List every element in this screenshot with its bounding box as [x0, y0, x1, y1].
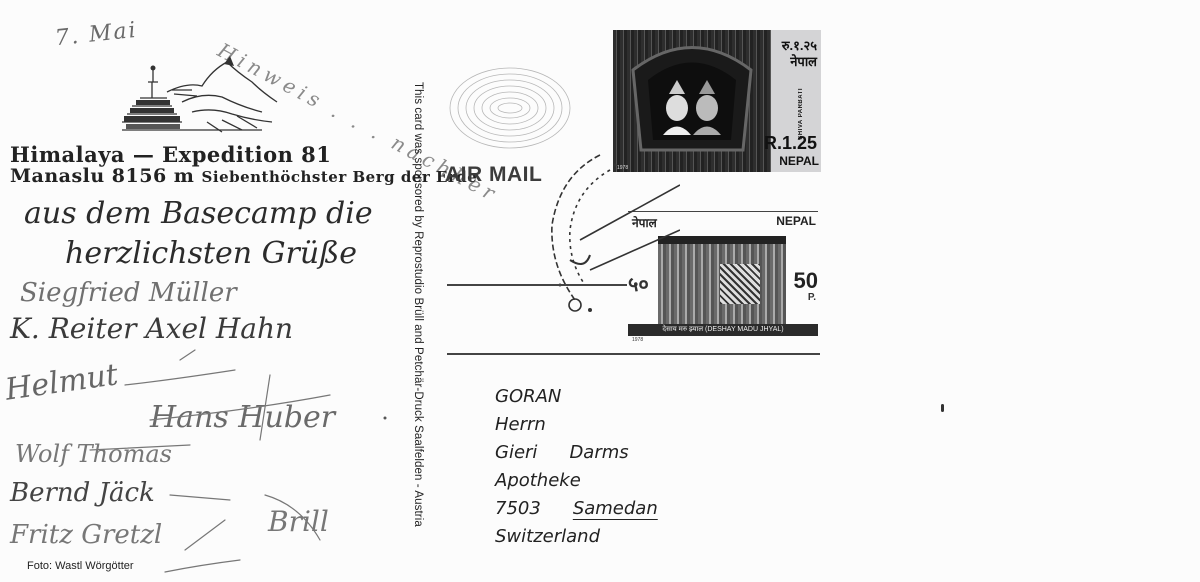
- stamp-artwork: [613, 30, 771, 172]
- signature: K. Reiter Axel Hahn: [10, 312, 293, 345]
- mountain-heading: Manaslu 8156 m Siebenthöchster Berg der …: [10, 165, 477, 187]
- stamp-shiva-parbati: रु.१.२५ नेपाल SHIVA PARBATI R.1.25 NEPAL…: [613, 30, 821, 172]
- photo-credit: Foto: Wastl Wörgötter: [27, 560, 134, 572]
- stamp-caption: SHIVA PARBATI: [798, 88, 804, 140]
- address-line: GORAN: [495, 383, 658, 411]
- address-line: Switzerland: [495, 523, 658, 551]
- stamp-country-native: नेपाल: [632, 216, 657, 230]
- greeting-line-2: herzlichsten Grüße: [65, 236, 357, 271]
- signature: Sieg­fried Müller: [20, 278, 237, 308]
- stamp-value: 50: [794, 268, 818, 294]
- recipient-first-name: Gieri: [495, 442, 537, 463]
- postal-code: 7503: [495, 498, 541, 519]
- stamp-year: 1978: [617, 165, 628, 171]
- address-line: GieriDarms: [495, 439, 658, 467]
- address-line-divider: [447, 353, 820, 355]
- stamp-year: 1978: [632, 337, 643, 343]
- lattice-window-icon: [720, 264, 760, 304]
- ink-speck: [941, 404, 944, 412]
- stamp-unit: P.: [808, 292, 816, 303]
- handwritten-date: 7. Mai: [54, 18, 139, 52]
- signature: Bernd Jäck: [10, 478, 155, 508]
- signature: Hans Huber: [150, 400, 335, 435]
- address-line-divider: [447, 284, 627, 286]
- signature: Helmut: [3, 357, 120, 407]
- greeting-line-1: aus dem Basecamp die: [24, 196, 373, 231]
- postcard: 7. Mai Hinweis . . . nachher Himalaya — …: [0, 0, 1200, 582]
- stamp-country-native: नेपाल: [790, 52, 817, 70]
- signature: Brill: [268, 505, 329, 538]
- stamp-caption: देसाय मरु झ्याल (DESHAY MADU JHYAL): [628, 324, 818, 336]
- recipient-address: GORAN Herrn GieriDarms Apotheke 7503Same…: [495, 383, 658, 551]
- stamp-sidebar: रु.१.२५ नेपाल SHIVA PARBATI R.1.25 NEPAL: [771, 30, 821, 172]
- expedition-heading: Himalaya — Expedition 81: [10, 142, 331, 167]
- stamp-window-artwork: [658, 236, 786, 324]
- mountain-name: Manaslu 8156 m: [10, 165, 194, 187]
- address-line: Apotheke: [495, 467, 658, 495]
- signature: Fritz Gretzl: [10, 520, 162, 550]
- city: Samedan: [573, 498, 658, 519]
- signature: Wolf Thomas: [15, 440, 172, 468]
- mountain-subtitle: Siebenthöchster Berg der Erde: [202, 168, 478, 186]
- stamp-value: R.1.25: [764, 133, 817, 154]
- deity-figures-icon: [613, 30, 771, 172]
- stamp-value-native: ५०: [628, 270, 649, 297]
- air-mail-label: AIR MAIL: [445, 163, 542, 187]
- mountain-monastery-icon: [112, 52, 282, 134]
- address-line: Herrn: [495, 411, 658, 439]
- sponsor-text: This card was sponsored by Reprostudio B…: [412, 82, 424, 527]
- stamp-header: नेपाल NEPAL: [628, 211, 818, 231]
- stamp-deshay-madu-jhyal: नेपाल NEPAL ५० 50 P. देसाय मरु झ्याल (DE…: [628, 208, 818, 348]
- stamp-country: NEPAL: [776, 214, 816, 228]
- stamp-country: NEPAL: [779, 154, 819, 168]
- recipient-last-name: Darms: [569, 442, 628, 463]
- fingerprint-smudge: [440, 58, 600, 158]
- address-line: 7503Samedan: [495, 495, 658, 523]
